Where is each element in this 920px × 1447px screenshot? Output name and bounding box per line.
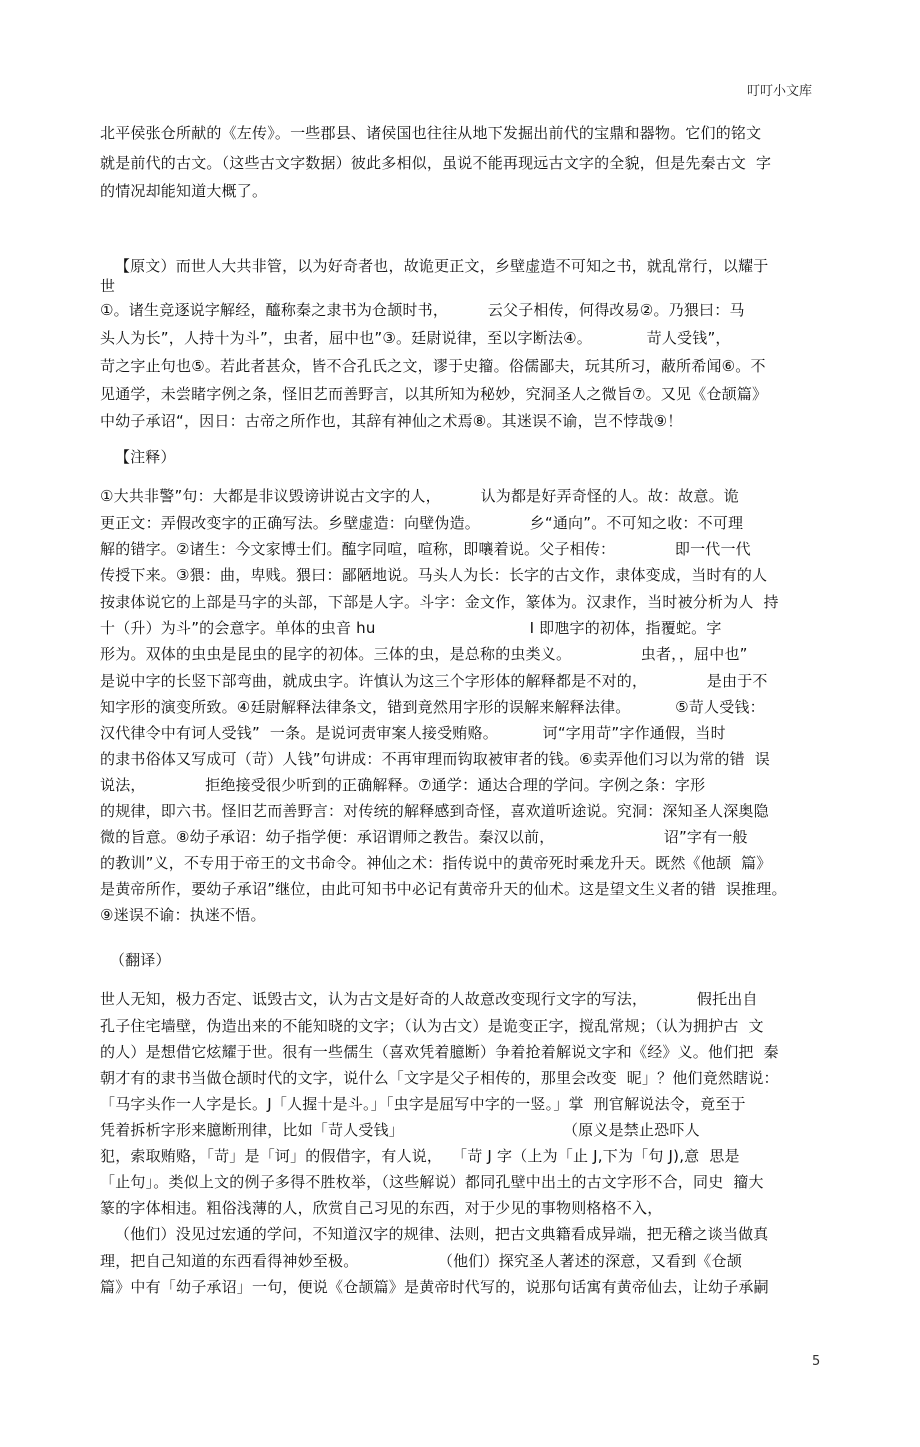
translation-line: 朝才有的隶书当做仓颉时代的文字，说什么「文字是父子相传的，那里会改变 昵」？他们…	[100, 1068, 779, 1088]
notes-line: ①大共非警”句：大都是非议毁谤讲说古文字的人， 认为都是好弄奇怪的人。故：故意。…	[100, 486, 739, 506]
original-line: 世	[100, 276, 115, 296]
intro-line: 北平侯张仓所献的《左传》。一些郡县、诸侯国也往往从地下发掘出前代的宝鼎和器物。它…	[100, 123, 761, 143]
translation-heading: （翻译）	[100, 950, 171, 970]
notes-heading: 【注释）	[100, 447, 176, 467]
original-line: 头人为长”，人持十为斗”，虫者，屈中也”③。廷尉说律，至以字断法④。 苛人受钱”…	[100, 328, 731, 348]
translation-line: 理，把自己知道的东西看得神妙至极。 （他们）探究圣人著述的深意，又看到《仓颉	[100, 1251, 742, 1271]
notes-line: 汉代律令中有诃人受钱” 一条。是说诃责审案人接受贿赂。 诃“字用苛”字作通假，当…	[100, 723, 726, 743]
translation-line: 的人）是想借它炫耀于世。很有一些儒生（喜欢凭着臆断）争着抢着解说文字和《经》义。…	[100, 1042, 779, 1062]
notes-line: 微的旨意。⑧幼子承诏：幼子指学便：承诏谓师之教告。秦汉以前， 诏”字有一般	[100, 827, 748, 847]
notes-line: 的规律，即六书。怪旧艺而善野言：对传统的解释感到奇怪，喜欢道听途说。究洞：深知圣…	[100, 801, 769, 821]
translation-line: 「止句」。类似上文的例子多得不胜枚举，（这些解说）都同孔壁中出土的古文字形不合，…	[100, 1172, 764, 1192]
translation-line: 凭着拆析字形来臆断刑律，比如「苛人受钱」 （原义是禁止恐吓人	[100, 1120, 700, 1140]
translation-line: （他们）没见过宏通的学问，不知道汉字的规律、法则，把古文典籍看成异端，把无稽之谈…	[100, 1224, 769, 1244]
original-line: 【原文）而世人大共非管，以为好奇者也，故诡更正文，乡壁虚造不可知之书，就乱常行，…	[100, 256, 769, 276]
notes-line: 是说中字的长竖下部弯曲，就成虫字。许慎认为这三个字形体的解释都是不对的， 是由于…	[100, 671, 768, 691]
notes-line: 是黄帝所作，要幼子承诏”继位，由此可知书中必记有黄帝升天的仙术。这是望文生义者的…	[100, 879, 787, 899]
notes-line: 解的错字。②诸生：今文家博士们。醢字同喧，喧称，即嚷着说。父子相传： 即一代一代	[100, 539, 751, 559]
translation-line: 「马字头作一人字是长。J「人握十是斗。」「虫字是屈写中字的一竖。」掌 刑官解说法…	[100, 1094, 746, 1114]
original-line: 见通学，未尝睹字例之条，怪旧艺而善野言，以其所知为秘妙，究洞圣人之微旨⑦。又见《…	[100, 384, 767, 404]
notes-line: 按隶体说它的上部是马字的头部，下部是人字。斗字：金文作，篆体为。汉隶作，当时被分…	[100, 592, 779, 612]
translation-line: 犯，索取贿赂，「苛」是「诃」的假借字，有人说， 「苛 J 字（上为「止 J,下为…	[100, 1146, 740, 1166]
translation-line: 孔子住宅墙壁，伪造出来的不能知晓的文字；（认为古文）是诡变正字，搅乱常规；（认为…	[100, 1016, 764, 1036]
notes-line: 更正文：弄假改变字的正确写法。乡壁虚造：向壁伪造。 乡“通向”。不可知之收：不可…	[100, 513, 743, 533]
notes-line: 传授下来。③猥：曲，卑贱。猥曰：鄙陋地说。马头人为长：长字的古文作，隶体变成，当…	[100, 565, 767, 585]
original-line: 苛之字止句也⑤。若此者甚众，皆不合孔氏之文，谬于史籀。俗儒鄙夫，玩其所习，蔽所希…	[100, 356, 766, 376]
intro-line: 的情况却能知道大概了。	[100, 181, 267, 201]
notes-line: 的教训”义，不专用于帝王的文书命令。神仙之术：指传说中的黄帝死时乘龙升天。既然《…	[100, 853, 772, 873]
original-line: ①。诸生竞逐说字解经，醯称秦之隶书为仓颉时书， 云父子相传，何得改易②。乃猥曰：…	[100, 300, 745, 320]
intro-line: 就是前代的古文。（这些古文字数据）彼此多相似，虽说不能再现远古文字的全貌，但是先…	[100, 153, 771, 173]
site-name-header: 叮叮小文库	[747, 80, 812, 99]
notes-line: 的隶书俗体又写成可（苛）人钱”句讲成：不再审理而钩取被审者的钱。⑥卖弄他们习以为…	[100, 749, 770, 769]
notes-line: ⑨迷误不谕：执迷不悟。	[100, 905, 266, 925]
translation-line: 世人无知，极力否定、诋毁古文，认为古文是好奇的人故意改变现行文字的写法， 假托出…	[100, 989, 758, 1009]
notes-line: 知字形的演变所致。④廷尉解释法律条文，错到竟然用字形的误解来解释法律。 ⑤苛人受…	[100, 697, 765, 717]
notes-line: 说法， 拒绝接受很少听到的正确解释。⑦通学：通达合理的学问。字例之条：字形	[100, 775, 705, 795]
translation-line: 篆的字体相违。粗俗浅薄的人，欣赏自己习见的东西，对于少见的事物则格格不入，	[100, 1198, 662, 1218]
original-line: 中幼子承诏“，因日：古帝之所作也，其辞有神仙之术焉⑧。其迷误不谕，岂不悖哉⑨！	[100, 411, 682, 431]
page-number: 5	[812, 1354, 820, 1369]
notes-line: 十（升）为斗”的会意字。单体的虫音 hu I 即虺字的初体，指覆蛇。字	[100, 618, 722, 638]
translation-line: 篇》中有「幼子承诏」一句，便说《仓颉篇》是黄帝时代写的，说那句话寓有黄帝仙去，让…	[100, 1277, 769, 1297]
notes-line: 形为。双体的虫虫是昆虫的昆字的初体。三体的虫，是总称的虫类义。 虫者，，屈中也”	[100, 644, 748, 664]
